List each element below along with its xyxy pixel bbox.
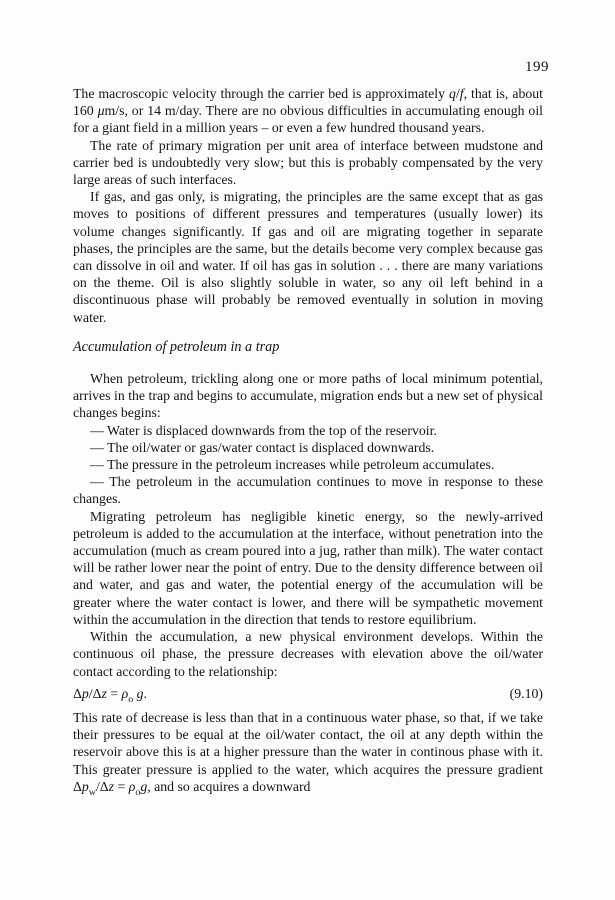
paragraph-macroscopic-velocity: The macroscopic velocity through the car… bbox=[73, 85, 543, 137]
list-item-petroleum-moves: — The petroleum in the accumulation cont… bbox=[73, 473, 543, 507]
text-block: The macroscopic velocity through the car… bbox=[73, 85, 543, 795]
paragraph-when-petroleum: When petroleum, trickling along one or m… bbox=[73, 370, 543, 422]
list-item-pressure-increases: — The pressure in the petroleum increase… bbox=[73, 456, 543, 473]
list-item-contact-displaced: — The oil/water or gas/water contact is … bbox=[73, 439, 543, 456]
paragraph-rate-of-decrease: This rate of decrease is less than that … bbox=[73, 709, 543, 795]
paragraph-within-accumulation: Within the accumulation, a new physical … bbox=[73, 628, 543, 680]
paragraph-migrating-petroleum: Migrating petroleum has negligible kinet… bbox=[73, 508, 543, 628]
equation-expression: Δp/Δz = ρo g. bbox=[73, 685, 147, 702]
section-heading: Accumulation of petroleum in a trap bbox=[73, 339, 543, 356]
equation-9-10: Δp/Δz = ρo g. (9.10) bbox=[73, 685, 543, 702]
paragraph-gas-migration: If gas, and gas only, is migrating, the … bbox=[73, 188, 543, 326]
book-page: 199 The macroscopic velocity through the… bbox=[0, 0, 615, 900]
list-item-water-displaced: — Water is displaced downwards from the … bbox=[73, 422, 543, 439]
page-number: 199 bbox=[525, 59, 549, 76]
paragraph-primary-migration-rate: The rate of primary migration per unit a… bbox=[73, 137, 543, 189]
equation-number: (9.10) bbox=[510, 685, 543, 702]
